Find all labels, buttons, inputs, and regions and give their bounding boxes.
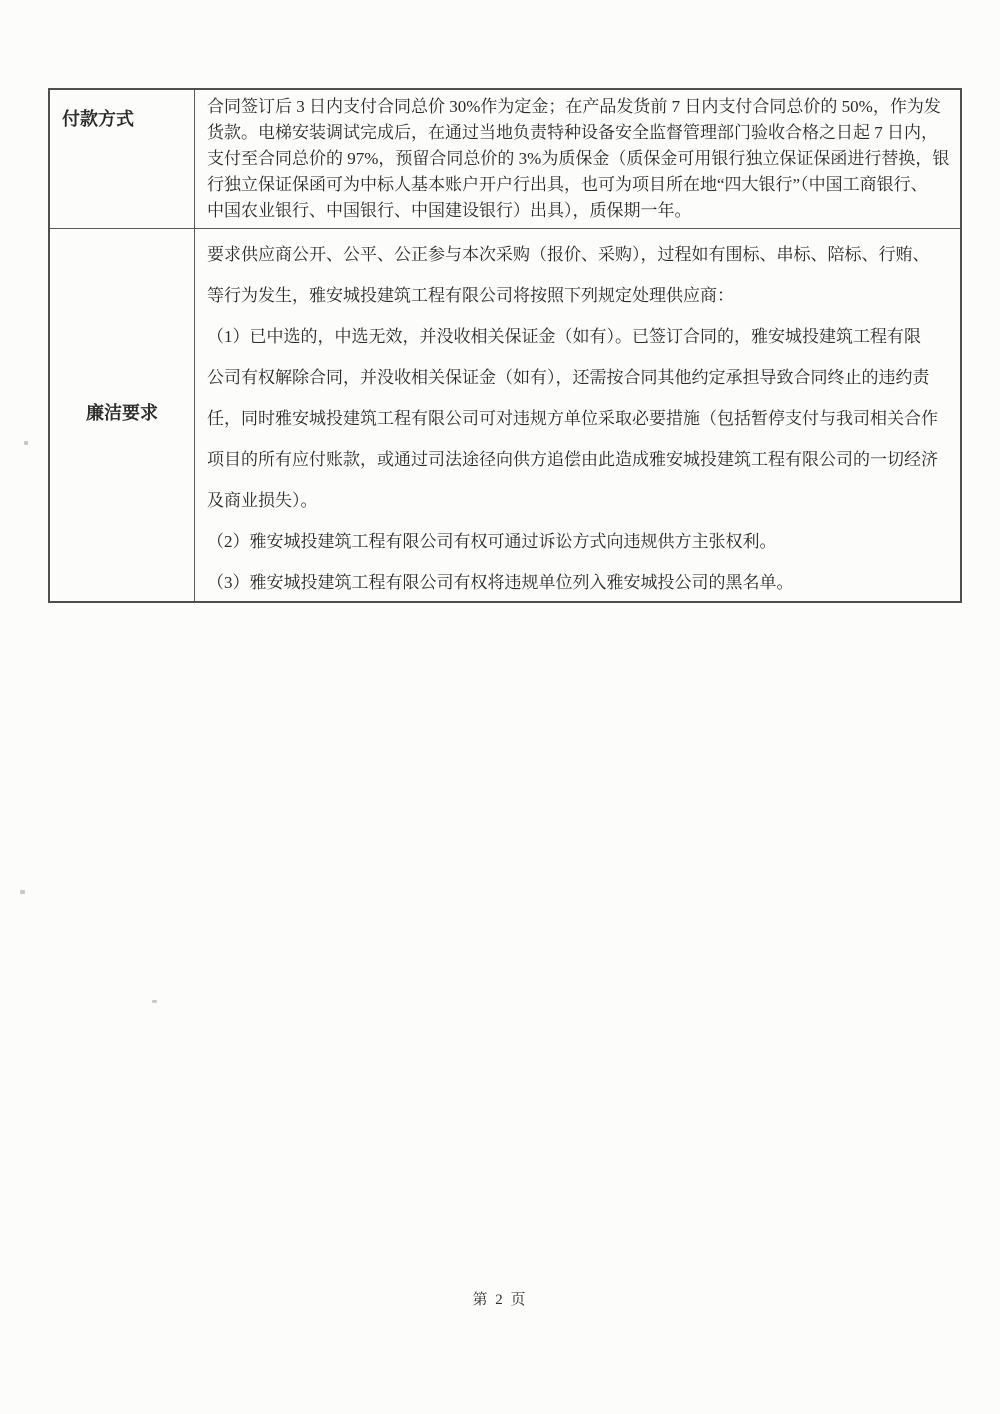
scan-speck (20, 890, 25, 894)
text-line: 中国农业银行、中国银行、中国建设银行）出具），质保期一年。 (207, 198, 950, 224)
text-line: （3）雅安城投建筑工程有限公司有权将违规单位列入雅安城投公司的黑名单。 (207, 562, 950, 603)
scan-speck (24, 441, 28, 445)
text-line: 项目的所有应付账款，或通过司法途径向供方追偿由此造成雅安城投建筑工程有限公司的一… (207, 439, 950, 480)
integrity-row: 廉洁要求 要求供应商公开、公平、公正参与本次采购（报价、采购），过程如有围标、串… (50, 229, 960, 601)
text-line: 支付至合同总价的 97%，预留合同总价的 3%为质保金（质保金可用银行独立保证保… (207, 146, 950, 172)
payment-terms-text: 合同签订后 3 日内支付合同总价 30%作为定金；在产品发货前 7 日内支付合同… (195, 90, 960, 228)
text-line: 任，同时雅安城投建筑工程有限公司可对违规方单位采取必要措施（包括暂停支付与我司相… (207, 398, 950, 439)
scan-speck (152, 1000, 157, 1003)
text-line: （1）已中选的，中选无效，并没收相关保证金（如有）。已签订合同的，雅安城投建筑工… (207, 316, 950, 357)
text-line: 及商业损失）。 (207, 480, 950, 521)
text-line: 要求供应商公开、公平、公正参与本次采购（报价、采购），过程如有围标、串标、陪标、… (207, 234, 950, 275)
terms-table: 付款方式 合同签订后 3 日内支付合同总价 30%作为定金；在产品发货前 7 日… (48, 88, 962, 603)
text-line: 公司有权解除合同，并没收相关保证金（如有），还需按合同其他约定承担导致合同终止的… (207, 357, 950, 398)
document-page: 付款方式 合同签订后 3 日内支付合同总价 30%作为定金；在产品发货前 7 日… (0, 0, 1000, 1414)
text-line: 合同签订后 3 日内支付合同总价 30%作为定金；在产品发货前 7 日内支付合同… (207, 94, 950, 120)
integrity-row-label: 廉洁要求 (50, 229, 195, 601)
payment-row-label: 付款方式 (50, 90, 195, 228)
text-line: 等行为发生，雅安城投建筑工程有限公司将按照下列规定处理供应商： (207, 275, 950, 316)
payment-row: 付款方式 合同签订后 3 日内支付合同总价 30%作为定金；在产品发货前 7 日… (50, 90, 960, 229)
text-line: （2）雅安城投建筑工程有限公司有权可通过诉讼方式向违规供方主张权利。 (207, 521, 950, 562)
integrity-terms-text: 要求供应商公开、公平、公正参与本次采购（报价、采购），过程如有围标、串标、陪标、… (195, 229, 960, 601)
page-number: 第 2 页 (0, 1288, 1000, 1309)
text-line: 货款。电梯安装调试完成后，在通过当地负责特种设备安全监督管理部门验收合格之日起 … (207, 120, 950, 146)
text-line: 行独立保证保函可为中标人基本账户开户行出具，也可为项目所在地“四大银行”（中国工… (207, 172, 950, 198)
